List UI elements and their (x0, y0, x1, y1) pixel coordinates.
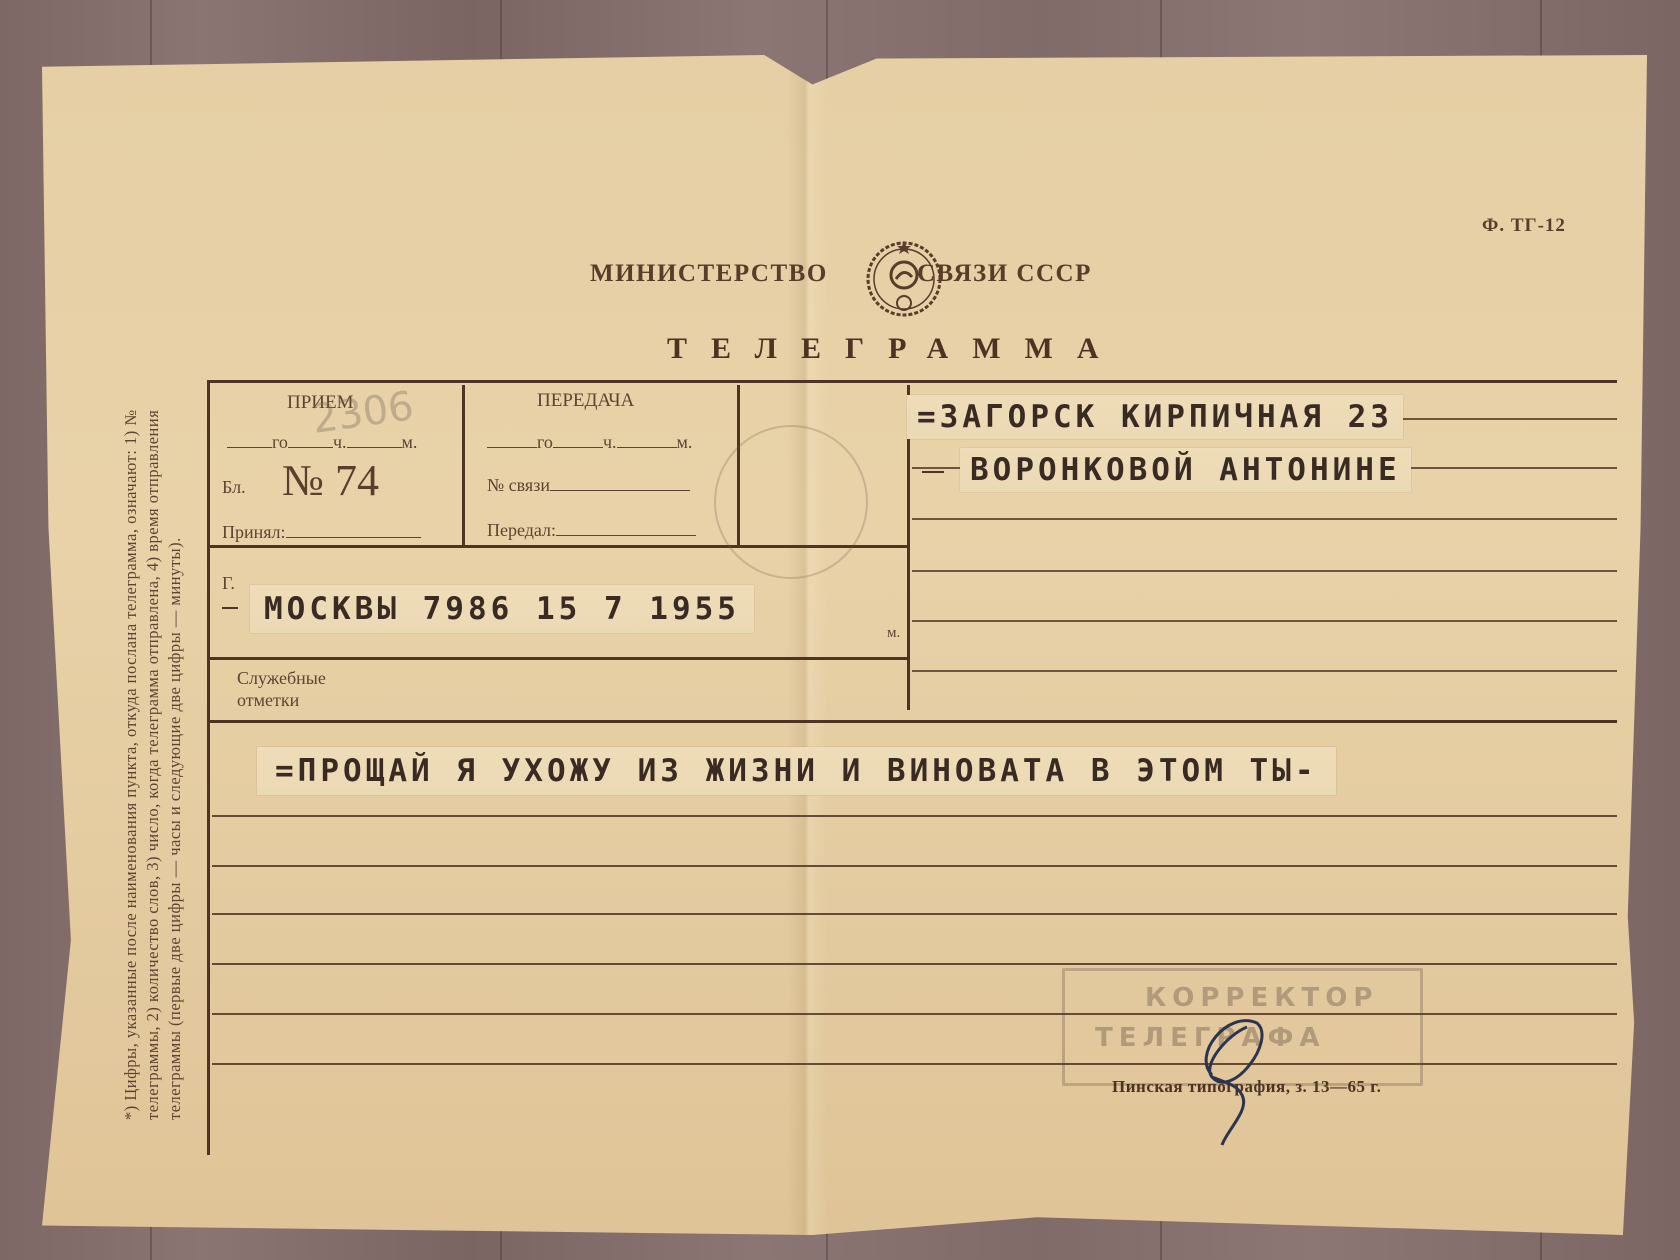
sent-by-label: Передал: (487, 520, 556, 540)
message-line (212, 865, 1617, 867)
telegram-form: Ф. ТГ-12 МИНИСТЕРСТВО СВЯЗИ СССР ТЕЛЕГРА… (42, 55, 1647, 1235)
table-top-rule (207, 380, 1617, 383)
paper-crease (787, 55, 827, 1235)
origin-minute-label: м. (887, 625, 900, 642)
origin-bottom-rule (207, 657, 907, 660)
document-title: ТЕЛЕГРАММА (667, 332, 1123, 366)
address-line (912, 670, 1617, 672)
accepted-by-field: Принял: (222, 522, 421, 543)
channel-number-field: № связи (487, 475, 690, 496)
origin-tape: МОСКВЫ 7986 15 7 1955 (250, 585, 754, 633)
address-line (912, 570, 1617, 572)
message-line (212, 815, 1617, 817)
address-dash (922, 471, 944, 473)
transmission-header: ПЕРЕДАЧА (537, 390, 634, 412)
origin-dash (222, 607, 238, 609)
reception-divider (462, 385, 465, 545)
signature-icon (1172, 1005, 1282, 1155)
blank-label: Бл. (222, 477, 246, 498)
footnote-vertical: *) Цифры, указанные после наименования п… (120, 370, 186, 1120)
ministry-label: МИНИСТЕРСТВО (590, 260, 828, 288)
faded-postmark (714, 425, 868, 579)
telegram-number: № 74 (282, 455, 379, 506)
message-line (212, 963, 1617, 965)
message-line (212, 913, 1617, 915)
address-line-2: ВОРОНКОВОЙ АНТОНИНЕ (960, 448, 1411, 492)
channel-number-label: № связи (487, 475, 550, 495)
message-top-rule (207, 720, 1617, 723)
sent-by-field: Передал: (487, 520, 696, 541)
service-marks-label: Служебные отметки (237, 667, 377, 711)
minute-label: м. (677, 432, 693, 452)
address-line (912, 518, 1617, 520)
form-code: Ф. ТГ-12 (1482, 215, 1566, 237)
hour-label: ч. (603, 432, 617, 452)
address-line-1: =ЗАГОРСК КИРПИЧНАЯ 23 (907, 395, 1403, 439)
minute-label: м. (402, 432, 418, 452)
accepted-by-label: Принял: (222, 522, 286, 542)
address-line (912, 620, 1617, 622)
transmission-time-row: гоч.м. (487, 432, 692, 453)
day-label: го (272, 432, 288, 452)
message-text: =ПРОЩАЙ Я УХОЖУ ИЗ ЖИЗНИ И ВИНОВАТА В ЭТ… (257, 747, 1336, 795)
day-label: го (537, 432, 553, 452)
origin-city-prefix: Г. (222, 573, 235, 594)
table-left-rule (207, 380, 210, 1155)
ministry-of-communications-label: СВЯЗИ СССР (917, 260, 1092, 288)
